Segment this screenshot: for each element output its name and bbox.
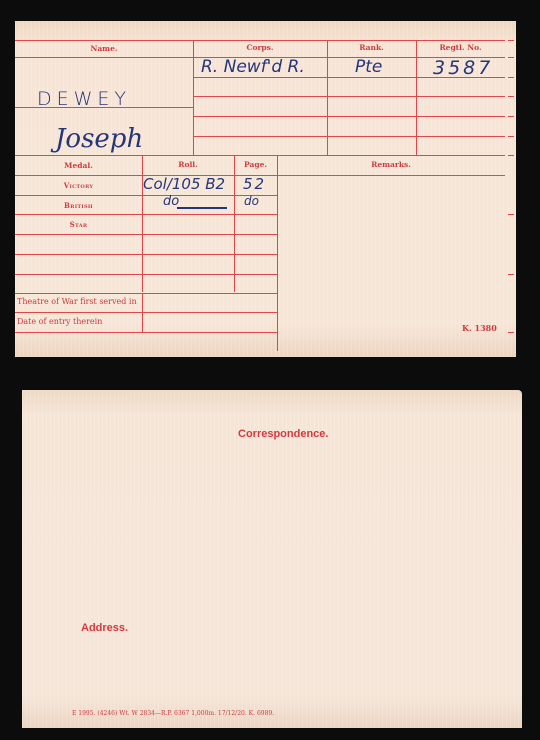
- medal-index-card-front: Name. Corps. Rank. Regtl. No. Medal. Rol…: [15, 21, 516, 357]
- rule-tick: [508, 155, 514, 156]
- rule-line: [193, 96, 505, 97]
- page-header: Page.: [234, 160, 277, 169]
- rule-tick: [508, 332, 514, 333]
- rule-line: [15, 234, 277, 235]
- printer-imprint: E 1995. (4246) Wt. W 2834—R.P. 6367 1,00…: [72, 710, 274, 717]
- rule-line: [193, 136, 505, 137]
- rule-line: [15, 40, 505, 41]
- rule-line: [15, 332, 277, 333]
- rule-line: [234, 155, 235, 292]
- rule-line: [15, 57, 193, 58]
- remarks-header: Remarks.: [277, 160, 505, 169]
- rule-line: [15, 254, 277, 255]
- rule-line: [15, 312, 277, 313]
- rule-tick: [508, 96, 514, 97]
- correspondence-label: Correspondence.: [238, 428, 328, 440]
- rule-line: [277, 155, 278, 351]
- rule-line: [327, 40, 328, 155]
- rule-tick: [508, 116, 514, 117]
- ditto-stroke: [177, 207, 227, 209]
- medal-label-victory: Victory: [15, 181, 142, 190]
- medal-index-card-back: Correspondence. Address. E 1995. (4246) …: [22, 390, 522, 728]
- rule-line: [15, 155, 505, 156]
- rule-line: [15, 293, 277, 294]
- victory-roll-entry: Col/105 B2: [143, 175, 225, 193]
- rule-tick: [508, 274, 514, 275]
- forename-entry: Joseph: [55, 124, 143, 154]
- medal-header: Medal.: [15, 161, 142, 170]
- medal-label-star: Star: [15, 220, 142, 229]
- rank-header: Rank.: [327, 43, 416, 52]
- victory-page-entry: 52: [243, 175, 266, 193]
- rule-tick: [508, 214, 514, 215]
- form-number: K. 1380: [462, 323, 497, 333]
- roll-header: Roll.: [142, 160, 234, 169]
- regt-no-entry: 3587: [433, 57, 493, 79]
- address-label: Address.: [81, 622, 128, 634]
- corps-header: Corps.: [193, 43, 327, 52]
- surname-entry: DEWEY: [37, 88, 131, 110]
- rule-line: [193, 116, 505, 117]
- regt-no-header: Regtl. No.: [416, 43, 505, 52]
- rule-line: [277, 175, 505, 176]
- rule-tick: [508, 77, 514, 78]
- british-page-entry: do: [244, 194, 259, 208]
- rule-line: [15, 274, 277, 275]
- rule-line: [142, 293, 143, 333]
- rule-tick: [508, 57, 514, 58]
- medal-label-british: British: [15, 201, 142, 210]
- corps-entry: R. Newf'd R.: [201, 57, 305, 77]
- rule-tick: [508, 136, 514, 137]
- rule-line: [15, 214, 277, 215]
- rank-entry: Pte: [355, 57, 382, 77]
- rule-line: [193, 40, 194, 155]
- rule-tick: [508, 40, 514, 41]
- date-of-entry-label: Date of entry therein: [17, 317, 102, 326]
- theatre-of-war-label: Theatre of War first served in: [17, 297, 137, 306]
- rule-line: [15, 195, 277, 196]
- rule-line: [416, 40, 417, 155]
- name-header: Name.: [15, 44, 193, 53]
